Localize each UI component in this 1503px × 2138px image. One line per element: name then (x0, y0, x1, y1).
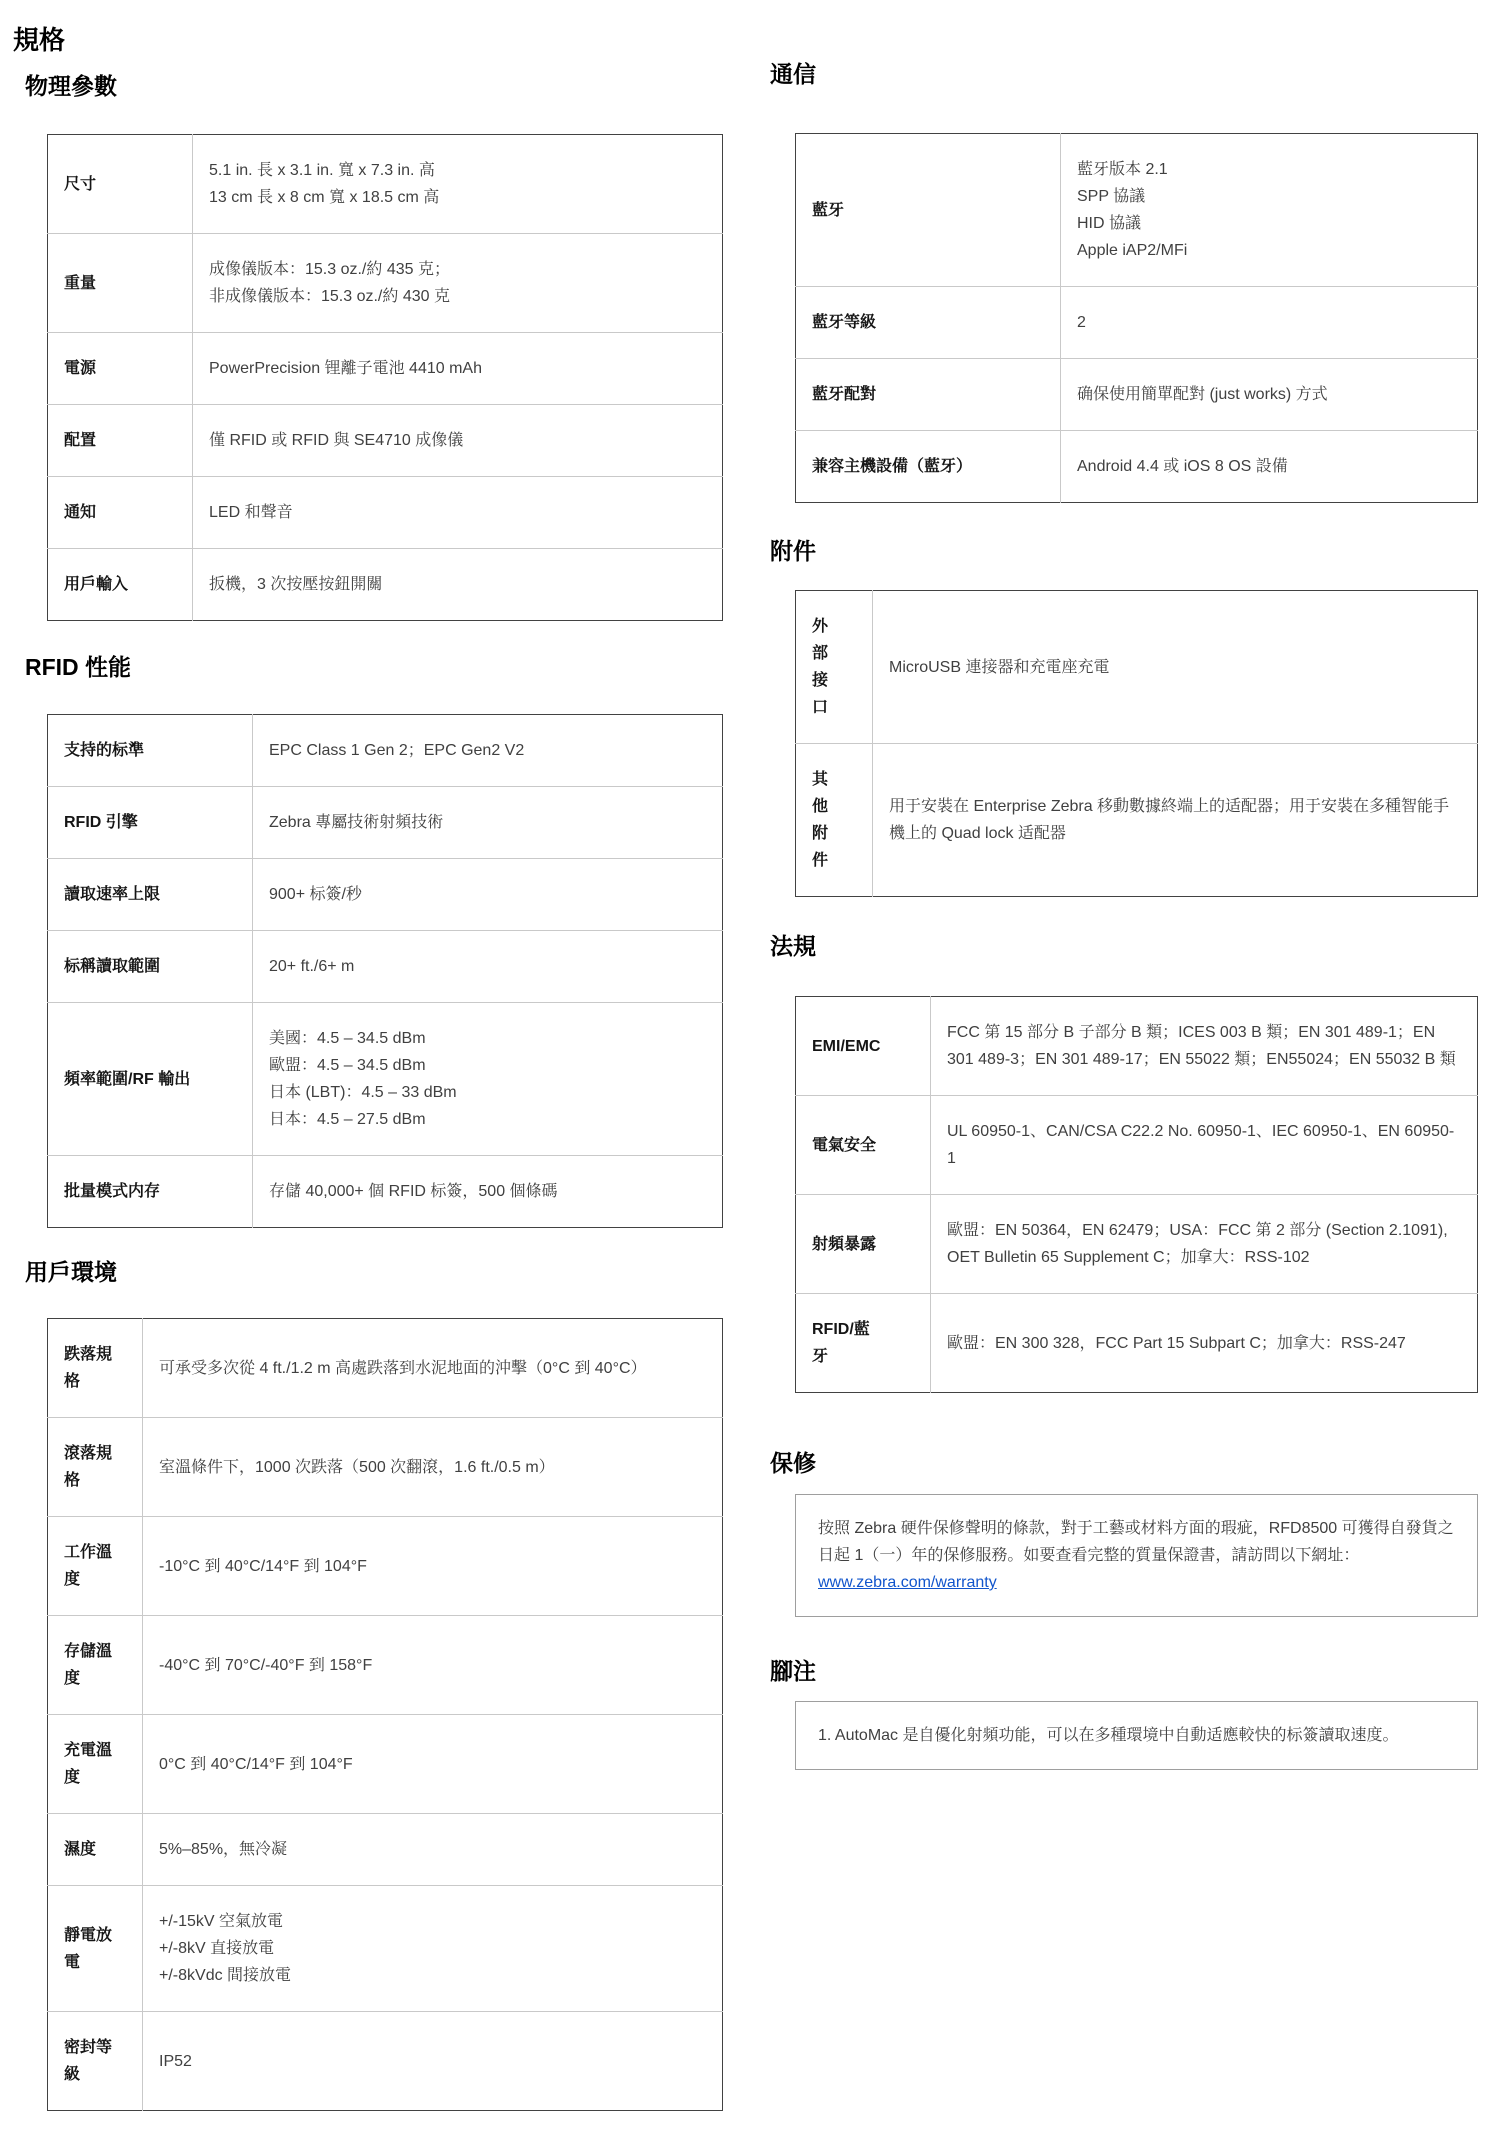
row-value: -10°C 到 40°C/14°F 到 104°F (143, 1517, 723, 1616)
table-row: 射頻暴露 歐盟：EN 50364，EN 62479；USA：FCC 第 2 部分… (796, 1195, 1478, 1294)
row-value: IP52 (143, 2012, 723, 2111)
row-value: 成像儀版本：15.3 oz./約 435 克； 非成像儀版本：15.3 oz./… (193, 234, 723, 333)
row-label: 藍牙 (796, 134, 1061, 287)
row-value: 900+ 标簽/秒 (253, 859, 723, 931)
row-value: 20+ ft./6+ m (253, 931, 723, 1003)
value-line: 非成像儀版本：15.3 oz./約 430 克 (209, 283, 706, 310)
section-heading-rfid: RFID 性能 (25, 653, 735, 681)
accessories-table: 外部接口 MicroUSB 連接器和充電座充電 其他附件 用于安裝在 Enter… (795, 590, 1478, 897)
row-value: 藍牙版本 2.1 SPP 協議 HID 協議 Apple iAP2/MFi (1061, 134, 1478, 287)
footnote-box: 1. AutoMac 是自優化射頻功能，可以在多種環境中自動适應較快的标簽讀取速… (795, 1701, 1478, 1770)
table-row: 密封等級 IP52 (48, 2012, 723, 2111)
row-value: PowerPrecision 锂離子電池 4410 mAh (193, 333, 723, 405)
row-label: 标稱讀取範圍 (48, 931, 253, 1003)
row-label: 外部接口 (796, 591, 873, 744)
table-row: 外部接口 MicroUSB 連接器和充電座充電 (796, 591, 1478, 744)
row-label: RFID/藍牙 (796, 1294, 931, 1393)
table-row: 充電溫度 0°C 到 40°C/14°F 到 104°F (48, 1715, 723, 1814)
vertical-label: 外部接口 (812, 613, 829, 721)
value-line: PowerPrecision 锂離子電池 4410 mAh (209, 355, 706, 382)
table-row: 電氣安全 UL 60950-1、CAN/CSA C22.2 No. 60950-… (796, 1096, 1478, 1195)
row-label: 藍牙等級 (796, 287, 1061, 359)
section-heading-footnotes: 腳注 (770, 1657, 1490, 1685)
value-line: 5%–85%，無冷凝 (159, 1836, 706, 1863)
row-label: 尺寸 (48, 135, 193, 234)
value-line: 室溫條件下，1000 次跌落（500 次翻滾，1.6 ft./0.5 m） (159, 1454, 706, 1481)
table-row: 重量 成像儀版本：15.3 oz./約 435 克； 非成像儀版本：15.3 o… (48, 234, 723, 333)
row-value: +/-15kV 空氣放電 +/-8kV 直接放電 +/-8kVdc 間接放電 (143, 1886, 723, 2012)
value-line: 5.1 in. 長 x 3.1 in. 寬 x 7.3 in. 高 (209, 157, 706, 184)
value-line: -40°C 到 70°C/-40°F 到 158°F (159, 1652, 706, 1679)
table-row: 藍牙等級 2 (796, 287, 1478, 359)
table-row: 其他附件 用于安裝在 Enterprise Zebra 移動數據終端上的适配器；… (796, 744, 1478, 897)
section-heading-accessories: 附件 (770, 537, 1490, 565)
value-line: FCC 第 15 部分 B 子部分 B 類；ICES 003 B 類；EN 30… (947, 1019, 1461, 1073)
table-row: 藍牙 藍牙版本 2.1 SPP 協議 HID 協議 Apple iAP2/MFi (796, 134, 1478, 287)
communication-table: 藍牙 藍牙版本 2.1 SPP 協議 HID 協議 Apple iAP2/MFi… (795, 133, 1478, 503)
table-row: 存儲溫度 -40°C 到 70°C/-40°F 到 158°F (48, 1616, 723, 1715)
row-value: FCC 第 15 部分 B 子部分 B 類；ICES 003 B 類；EN 30… (931, 997, 1478, 1096)
value-line: SPP 協議 (1077, 183, 1461, 210)
row-value: 2 (1061, 287, 1478, 359)
row-value: 歐盟：EN 300 328，FCC Part 15 Subpart C；加拿大：… (931, 1294, 1478, 1393)
table-row: 滾落規格 室溫條件下，1000 次跌落（500 次翻滾，1.6 ft./0.5 … (48, 1418, 723, 1517)
table-row: 靜電放電 +/-15kV 空氣放電 +/-8kV 直接放電 +/-8kVdc 間… (48, 1886, 723, 2012)
value-line: 日本 (LBT)：4.5 – 33 dBm (269, 1079, 706, 1106)
row-value: -40°C 到 70°C/-40°F 到 158°F (143, 1616, 723, 1715)
value-line: 成像儀版本：15.3 oz./約 435 克； (209, 256, 706, 283)
table-row: 工作溫度 -10°C 到 40°C/14°F 到 104°F (48, 1517, 723, 1616)
value-line: +/-15kV 空氣放電 (159, 1908, 706, 1935)
row-label: 重量 (48, 234, 193, 333)
footnote-text: 1. AutoMac 是自優化射頻功能，可以在多種環境中自動适應較快的标簽讀取速… (818, 1722, 1455, 1749)
value-line: MicroUSB 連接器和充電座充電 (889, 654, 1461, 681)
row-value: LED 和聲音 (193, 477, 723, 549)
row-label: 跌落規格 (48, 1319, 143, 1418)
row-value: MicroUSB 連接器和充電座充電 (873, 591, 1478, 744)
left-column: 規格 物理參數 尺寸 5.1 in. 長 x 3.1 in. 寬 x 7.3 i… (13, 25, 735, 2111)
value-line: Android 4.4 或 iOS 8 OS 設備 (1077, 453, 1461, 480)
value-line: 歐盟：EN 300 328，FCC Part 15 Subpart C；加拿大：… (947, 1330, 1461, 1357)
row-value: 室溫條件下，1000 次跌落（500 次翻滾，1.6 ft./0.5 m） (143, 1418, 723, 1517)
row-value: Android 4.4 或 iOS 8 OS 設備 (1061, 431, 1478, 503)
value-line: -10°C 到 40°C/14°F 到 104°F (159, 1553, 706, 1580)
value-line: UL 60950-1、CAN/CSA C22.2 No. 60950-1、IEC… (947, 1118, 1461, 1172)
warranty-link[interactable]: www.zebra.com/warranty (818, 1574, 997, 1591)
row-label: 其他附件 (796, 744, 873, 897)
table-row: RFID/藍牙 歐盟：EN 300 328，FCC Part 15 Subpar… (796, 1294, 1478, 1393)
value-line: 13 cm 長 x 8 cm 寬 x 18.5 cm 高 (209, 184, 706, 211)
row-label: 配置 (48, 405, 193, 477)
right-column: 通信 藍牙 藍牙版本 2.1 SPP 協議 HID 協議 Apple iAP2/… (770, 60, 1490, 1770)
row-label: 兼容主機設備（藍牙） (796, 431, 1061, 503)
value-line: Zebra 專屬技術射頻技術 (269, 809, 706, 836)
row-label: 電氣安全 (796, 1096, 931, 1195)
table-row: 濕度 5%–85%，無冷凝 (48, 1814, 723, 1886)
table-row: 配置 僅 RFID 或 RFID 與 SE4710 成像儀 (48, 405, 723, 477)
value-line: IP52 (159, 2048, 706, 2075)
section-heading-physical: 物理參數 (25, 72, 735, 100)
table-row: 通知 LED 和聲音 (48, 477, 723, 549)
table-row: EMI/EMC FCC 第 15 部分 B 子部分 B 類；ICES 003 B… (796, 997, 1478, 1096)
value-line: 900+ 标簽/秒 (269, 881, 706, 908)
row-label: 通知 (48, 477, 193, 549)
value-line: 扳機，3 次按壓按鈕開關 (209, 571, 706, 598)
value-line: Apple iAP2/MFi (1077, 237, 1461, 264)
row-label: 存儲溫度 (48, 1616, 143, 1715)
table-row: 頻率範圍/RF 輸出 美國：4.5 – 34.5 dBm 歐盟：4.5 – 34… (48, 1003, 723, 1156)
value-line: HID 協議 (1077, 210, 1461, 237)
value-line: 2 (1077, 309, 1461, 336)
row-label: 藍牙配對 (796, 359, 1061, 431)
row-label: 讀取速率上限 (48, 859, 253, 931)
table-row: 用戶輸入 扳機，3 次按壓按鈕開關 (48, 549, 723, 621)
row-label: 支持的标準 (48, 715, 253, 787)
row-value: Zebra 專屬技術射頻技術 (253, 787, 723, 859)
row-label: 工作溫度 (48, 1517, 143, 1616)
section-heading-environment: 用戶環境 (25, 1258, 735, 1286)
row-value: UL 60950-1、CAN/CSA C22.2 No. 60950-1、IEC… (931, 1096, 1478, 1195)
value-line: 存儲 40,000+ 個 RFID 标簽，500 個條碼 (269, 1178, 706, 1205)
row-label: 頻率範圍/RF 輸出 (48, 1003, 253, 1156)
row-value: 5%–85%，無冷凝 (143, 1814, 723, 1886)
warranty-box: 按照 Zebra 硬件保修聲明的條款，對于工藝或材料方面的瑕疵，RFD8500 … (795, 1494, 1478, 1617)
value-line: 美國：4.5 – 34.5 dBm (269, 1025, 706, 1052)
table-row: 電源 PowerPrecision 锂離子電池 4410 mAh (48, 333, 723, 405)
row-value: 存儲 40,000+ 個 RFID 标簽，500 個條碼 (253, 1156, 723, 1228)
row-label: EMI/EMC (796, 997, 931, 1096)
value-line: 20+ ft./6+ m (269, 953, 706, 980)
section-heading-communication: 通信 (770, 60, 1490, 88)
value-line: 确保使用簡單配對 (just works) 方式 (1077, 381, 1461, 408)
warranty-text: 按照 Zebra 硬件保修聲明的條款，對于工藝或材料方面的瑕疵，RFD8500 … (818, 1515, 1455, 1569)
row-label: 批量模式内存 (48, 1156, 253, 1228)
row-value: 扳機，3 次按壓按鈕開關 (193, 549, 723, 621)
row-value: 美國：4.5 – 34.5 dBm 歐盟：4.5 – 34.5 dBm 日本 (… (253, 1003, 723, 1156)
spec-sheet-page: 規格 物理參數 尺寸 5.1 in. 長 x 3.1 in. 寬 x 7.3 i… (0, 0, 1503, 2138)
value-line: 用于安裝在 Enterprise Zebra 移動數據終端上的适配器；用于安裝在… (889, 793, 1461, 847)
row-value: 0°C 到 40°C/14°F 到 104°F (143, 1715, 723, 1814)
row-label: 充電溫度 (48, 1715, 143, 1814)
value-line: LED 和聲音 (209, 499, 706, 526)
row-label: 用戶輸入 (48, 549, 193, 621)
value-line: 0°C 到 40°C/14°F 到 104°F (159, 1751, 706, 1778)
row-value: 确保使用簡單配對 (just works) 方式 (1061, 359, 1478, 431)
vertical-label: 其他附件 (812, 766, 829, 874)
value-line: 歐盟：EN 50364，EN 62479；USA：FCC 第 2 部分 (Sec… (947, 1217, 1461, 1271)
value-line: EPC Class 1 Gen 2；EPC Gen2 V2 (269, 737, 706, 764)
physical-params-table: 尺寸 5.1 in. 長 x 3.1 in. 寬 x 7.3 in. 高 13 … (47, 134, 723, 621)
row-value: EPC Class 1 Gen 2；EPC Gen2 V2 (253, 715, 723, 787)
row-label: 靜電放電 (48, 1886, 143, 2012)
row-label: 濕度 (48, 1814, 143, 1886)
table-row: 标稱讀取範圍 20+ ft./6+ m (48, 931, 723, 1003)
user-environment-table: 跌落規格 可承受多次從 4 ft./1.2 m 高處跌落到水泥地面的沖擊（0°C… (47, 1318, 723, 2111)
row-value: 5.1 in. 長 x 3.1 in. 寬 x 7.3 in. 高 13 cm … (193, 135, 723, 234)
page-title: 規格 (13, 25, 735, 55)
table-row: 跌落規格 可承受多次從 4 ft./1.2 m 高處跌落到水泥地面的沖擊（0°C… (48, 1319, 723, 1418)
table-row: 尺寸 5.1 in. 長 x 3.1 in. 寬 x 7.3 in. 高 13 … (48, 135, 723, 234)
section-heading-warranty: 保修 (770, 1449, 1490, 1477)
table-row: 批量模式内存 存儲 40,000+ 個 RFID 标簽，500 個條碼 (48, 1156, 723, 1228)
row-value: 可承受多次從 4 ft./1.2 m 高處跌落到水泥地面的沖擊（0°C 到 40… (143, 1319, 723, 1418)
row-label: RFID 引擎 (48, 787, 253, 859)
regulatory-table: EMI/EMC FCC 第 15 部分 B 子部分 B 類；ICES 003 B… (795, 996, 1478, 1393)
section-heading-regulatory: 法規 (770, 932, 1490, 960)
row-value: 用于安裝在 Enterprise Zebra 移動數據終端上的适配器；用于安裝在… (873, 744, 1478, 897)
value-line: +/-8kV 直接放電 (159, 1935, 706, 1962)
rfid-performance-table: 支持的标準 EPC Class 1 Gen 2；EPC Gen2 V2 RFID… (47, 714, 723, 1228)
table-row: 藍牙配對 确保使用簡單配對 (just works) 方式 (796, 359, 1478, 431)
value-line: 藍牙版本 2.1 (1077, 156, 1461, 183)
row-label: 密封等級 (48, 2012, 143, 2111)
value-line: 僅 RFID 或 RFID 與 SE4710 成像儀 (209, 427, 706, 454)
value-line: 可承受多次從 4 ft./1.2 m 高處跌落到水泥地面的沖擊（0°C 到 40… (159, 1355, 706, 1382)
value-line: +/-8kVdc 間接放電 (159, 1962, 706, 1989)
value-line: 日本：4.5 – 27.5 dBm (269, 1106, 706, 1133)
row-label: 射頻暴露 (796, 1195, 931, 1294)
value-line: 歐盟：4.5 – 34.5 dBm (269, 1052, 706, 1079)
table-row: RFID 引擎 Zebra 專屬技術射頻技術 (48, 787, 723, 859)
table-row: 兼容主機設備（藍牙） Android 4.4 或 iOS 8 OS 設備 (796, 431, 1478, 503)
table-row: 支持的标準 EPC Class 1 Gen 2；EPC Gen2 V2 (48, 715, 723, 787)
table-row: 讀取速率上限 900+ 标簽/秒 (48, 859, 723, 931)
row-label: 電源 (48, 333, 193, 405)
row-label: 滾落規格 (48, 1418, 143, 1517)
row-value: 歐盟：EN 50364，EN 62479；USA：FCC 第 2 部分 (Sec… (931, 1195, 1478, 1294)
row-value: 僅 RFID 或 RFID 與 SE4710 成像儀 (193, 405, 723, 477)
